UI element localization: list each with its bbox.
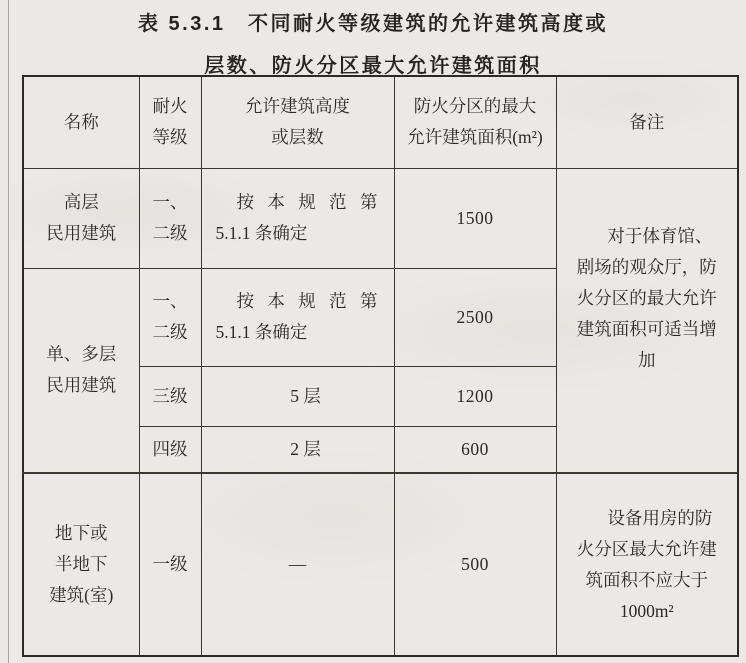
- header-fire-grade: 耐火 等级: [139, 76, 201, 168]
- header-allowed-height: 允许建筑高度 或层数: [201, 76, 394, 168]
- cell-multi3-grade: 三级: [139, 366, 201, 426]
- cell-highrise-grade: 一、 二级: [139, 168, 201, 268]
- cell-underground-name-line3: 建筑(室): [24, 580, 139, 611]
- cell-underground-remark: 设备用房的防火分区最大允许建筑面积不应大于1000m²: [556, 473, 738, 656]
- cell-highrise-height-line2: 5.1.1 条确定: [202, 218, 394, 249]
- table-header-row: 名称 耐火 等级 允许建筑高度 或层数 防火分区的最大 允许建筑面积(m²) 备…: [23, 76, 738, 168]
- header-name-label: 名称: [24, 107, 139, 138]
- cell-multi12-grade-line2: 二级: [140, 317, 201, 348]
- cell-highrise-grade-line2: 二级: [140, 218, 201, 249]
- cell-multi-name: 单、多层 民用建筑: [23, 268, 139, 473]
- header-max-area-line1: 防火分区的最大: [395, 91, 556, 122]
- header-name: 名称: [23, 76, 139, 168]
- table-title: 表 5.3.1 不同耐火等级建筑的允许建筑高度或 层数、防火分区最大允许建筑面积: [0, 7, 746, 78]
- cell-multi-name-line2: 民用建筑: [24, 370, 139, 401]
- header-max-area: 防火分区的最大 允许建筑面积(m²): [394, 76, 556, 168]
- cell-multi12-height-line2: 5.1.1 条确定: [202, 317, 394, 348]
- cell-multi12-height-line1: 按本规范第: [202, 286, 394, 317]
- cell-multi-name-line1: 单、多层: [24, 339, 139, 370]
- cell-multi4-height: 2 层: [201, 426, 394, 473]
- cell-highrise-name-line2: 民用建筑: [24, 218, 139, 249]
- header-remark-label: 备注: [557, 107, 738, 138]
- cell-underground-height: —: [201, 473, 394, 656]
- header-max-area-line2: 允许建筑面积(m²): [395, 122, 556, 153]
- cell-highrise-height-line1: 按本规范第: [202, 187, 394, 218]
- header-allowed-height-line1: 允许建筑高度: [202, 91, 394, 122]
- cell-underground-grade: 一级: [139, 473, 201, 656]
- cell-remark-span: 对于体育馆、剧场的观众厅，防火分区的最大允许建筑面积可适当增加: [556, 168, 738, 473]
- header-remark: 备注: [556, 76, 738, 168]
- cell-underground-name: 地下或 半地下 建筑(室): [23, 473, 139, 656]
- cell-multi4-area: 600: [394, 426, 556, 473]
- cell-highrise-area: 1500: [394, 168, 556, 268]
- cell-underground-area: 500: [394, 473, 556, 656]
- cell-highrise-name-line1: 高层: [24, 187, 139, 218]
- cell-multi12-height: 按本规范第 5.1.1 条确定: [201, 268, 394, 366]
- header-allowed-height-line2: 或层数: [202, 122, 394, 153]
- cell-multi12-area: 2500: [394, 268, 556, 366]
- cell-highrise-name: 高层 民用建筑: [23, 168, 139, 268]
- cell-underground-name-line2: 半地下: [24, 549, 139, 580]
- cell-underground-name-line1: 地下或: [24, 518, 139, 549]
- cell-multi12-grade: 一、 二级: [139, 268, 201, 366]
- fire-rating-table: 名称 耐火 等级 允许建筑高度 或层数 防火分区的最大 允许建筑面积(m²) 备…: [22, 75, 739, 657]
- cell-multi3-area: 1200: [394, 366, 556, 426]
- cell-highrise-grade-line1: 一、: [140, 187, 201, 218]
- header-fire-grade-line1: 耐火: [140, 91, 201, 122]
- cell-multi4-grade: 四级: [139, 426, 201, 473]
- cell-highrise-height: 按本规范第 5.1.1 条确定: [201, 168, 394, 268]
- cell-multi3-height: 5 层: [201, 366, 394, 426]
- page-edge-line: [8, 0, 9, 663]
- header-fire-grade-line2: 等级: [140, 122, 201, 153]
- table-title-line2: 层数、防火分区最大允许建筑面积: [0, 49, 746, 78]
- table-title-line1: 表 5.3.1 不同耐火等级建筑的允许建筑高度或: [0, 7, 746, 36]
- row-underground: 地下或 半地下 建筑(室) 一级 — 500 设备用房的防火分区最大允许建筑面积…: [23, 473, 738, 656]
- row-highrise: 高层 民用建筑 一、 二级 按本规范第 5.1.1 条确定 1500 对于体育馆…: [23, 168, 738, 268]
- cell-multi12-grade-line1: 一、: [140, 286, 201, 317]
- document-page: 表 5.3.1 不同耐火等级建筑的允许建筑高度或 层数、防火分区最大允许建筑面积…: [0, 0, 746, 663]
